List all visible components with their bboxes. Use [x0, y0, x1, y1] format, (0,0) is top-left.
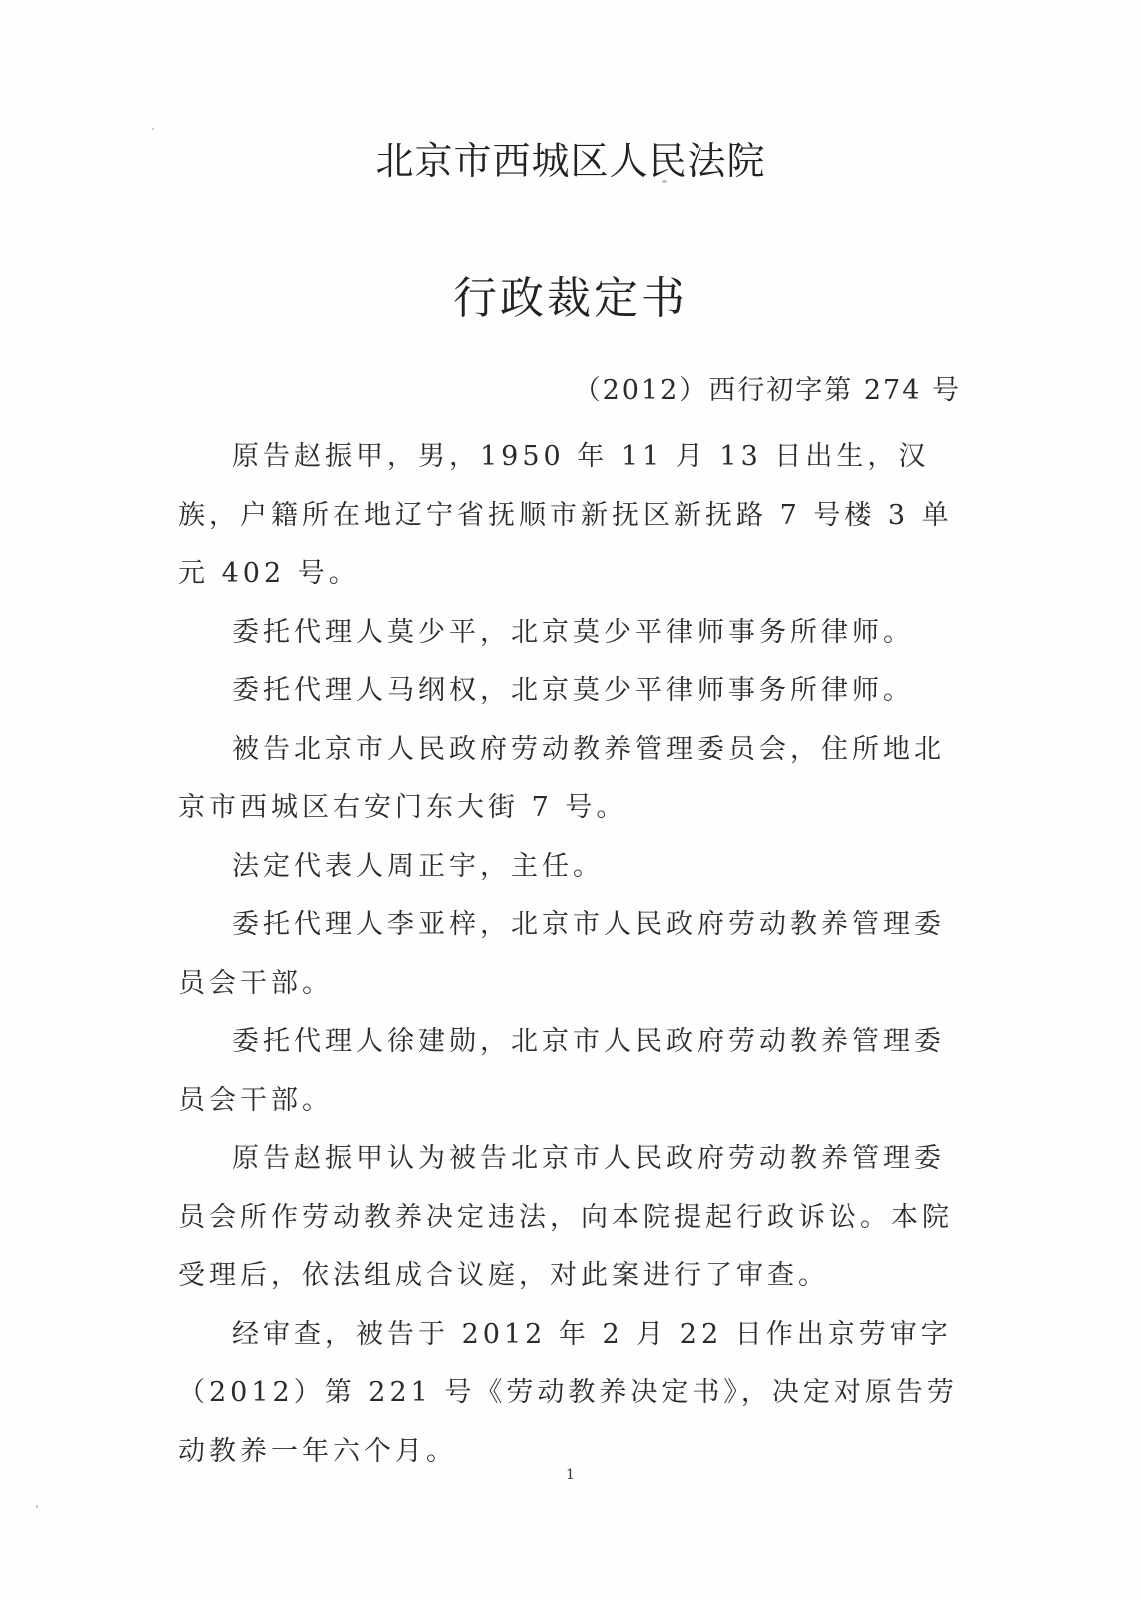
paragraph-review: 经审查，被告于 2012 年 2 月 22 日作出京劳审字（2012）第 221…	[178, 1306, 968, 1482]
paragraph-claim: 原告赵振甲认为被告北京市人民政府劳动教养管理委员会所作劳动教养决定违法，向本院提…	[178, 1130, 968, 1306]
paragraph-agent-3: 委托代理人李亚梓，北京市人民政府劳动教养管理委员会干部。	[178, 896, 968, 1013]
paragraph-plaintiff: 原告赵振甲，男，1950 年 11 月 13 日出生，汉族，户籍所在地辽宁省抚顺…	[178, 428, 968, 604]
paragraph-agent-4: 委托代理人徐建勋，北京市人民政府劳动教养管理委员会干部。	[178, 1013, 968, 1130]
scan-speck	[226, 1097, 229, 1100]
scan-speck	[662, 180, 667, 183]
page-number: 1	[0, 1467, 1141, 1483]
case-number: （2012）西行初字第 274 号	[574, 368, 961, 407]
paragraph-defendant: 被告北京市人民政府劳动教养管理委员会，住所地北京市西城区右安门东大街 7 号。	[178, 721, 968, 838]
paragraph-legal-rep: 法定代表人周正宇，主任。	[178, 838, 968, 897]
paragraph-agent-2: 委托代理人马纲权，北京莫少平律师事务所律师。	[178, 662, 968, 721]
document-page: 北京市西城区人民法院 行政裁定书 （2012）西行初字第 274 号 原告赵振甲…	[0, 0, 1141, 1600]
paragraph-agent-1: 委托代理人莫少平，北京莫少平律师事务所律师。	[178, 604, 968, 663]
scan-speck	[152, 128, 154, 130]
scan-speck	[36, 1505, 38, 1508]
document-title: 行政裁定书	[0, 262, 1141, 326]
document-body: 原告赵振甲，男，1950 年 11 月 13 日出生，汉族，户籍所在地辽宁省抚顺…	[178, 428, 968, 1481]
court-name: 北京市西城区人民法院	[0, 130, 1141, 185]
